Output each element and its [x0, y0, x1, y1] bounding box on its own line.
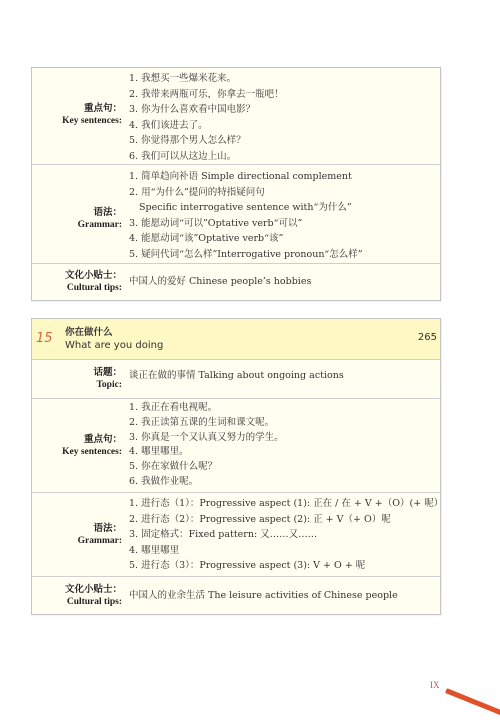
list-item: 2. 我正读第五课的生词和课文呢。	[129, 416, 434, 431]
lesson-header: 15 你在做什么 What are you doing 265	[32, 319, 440, 360]
list-item: 6. 我们可以从这边上山。	[129, 149, 434, 165]
list-item: Specific interrogative sentence with“为什么…	[129, 200, 434, 216]
list-item: 6. 我做作业呢。	[129, 475, 434, 490]
topic-section: 话题： Topic: 谈正在做的事情 Talking about ongoing…	[32, 359, 440, 399]
list-item: 3. 你为什么喜欢看中国电影？	[129, 102, 434, 118]
list-item: 3. 能愿动词“可以”Optative verb“可以”	[129, 216, 434, 232]
list-item: 5. 你觉得那个男人怎么样？	[129, 133, 434, 149]
grammar-section: 语法： Grammar: 1. 进行态（1）：Progressive aspec…	[32, 492, 440, 577]
list-item: 1. 我正在看电视呢。	[129, 401, 434, 416]
cultural-tips-label: 文化小贴士： Cultural tips:	[32, 583, 122, 609]
grammar-list: 1. 简单趋向补语 Simple directional complement …	[129, 169, 434, 262]
grammar-label: 语法： Grammar:	[32, 522, 122, 548]
key-sentences-label: 重点句： Key sentences:	[32, 102, 122, 128]
key-sentences-list: 1. 我想买一些爆米花来。 2. 我带来两瓶可乐，你拿去一瓶吧！ 3. 你为什么…	[129, 71, 434, 164]
list-item: 2. 用“为什么”提问的特指疑问句	[129, 185, 434, 201]
list-item: 4. 能愿动词“该”Optative verb“该”	[129, 231, 434, 247]
list-item: 2. 我带来两瓶可乐，你拿去一瓶吧！	[129, 87, 434, 103]
list-item: 1. 进行态（1）：Progressive aspect (1): 正在 / 在…	[129, 496, 434, 512]
lesson-14-summary-table: 重点句： Key sentences: 1. 我想买一些爆米花来。 2. 我带来…	[31, 67, 441, 301]
list-item: 5. 你在家做什么呢？	[129, 460, 434, 475]
cultural-tips-section: 文化小贴士： Cultural tips: 中国人的爱好 Chinese peo…	[32, 263, 440, 301]
key-sentences-list: 1. 我正在看电视呢。 2. 我正读第五课的生词和课文呢。 3. 你真是一个又认…	[129, 401, 434, 490]
list-item: 2. 进行态（2）：Progressive aspect (2): 正 + V（…	[129, 512, 434, 528]
list-item: 5. 进行态（3）：Progressive aspect (3): V + O …	[129, 558, 434, 574]
grammar-list: 1. 进行态（1）：Progressive aspect (1): 正在 / 在…	[129, 496, 434, 574]
list-item: 4. 哪里哪里。	[129, 445, 434, 460]
list-item: 5. 疑问代词“怎么样”Interrogative pronoun“怎么样”	[129, 247, 434, 263]
cultural-tips-text: 中国人的业余生活 The leisure activities of Chine…	[129, 588, 434, 604]
cultural-tips-label: 文化小贴士： Cultural tips:	[32, 269, 122, 295]
list-item: 4. 我们该进去了。	[129, 118, 434, 134]
key-sentences-label: 重点句： Key sentences:	[32, 433, 122, 459]
cultural-tips-section: 文化小贴士： Cultural tips: 中国人的业余生活 The leisu…	[32, 576, 440, 615]
list-item: 4. 哪里哪里	[129, 543, 434, 559]
cultural-tips-text: 中国人的爱好 Chinese people’s hobbies	[129, 274, 434, 290]
key-sentences-section: 重点句： Key sentences: 1. 我正在看电视呢。 2. 我正读第五…	[32, 398, 440, 493]
list-item: 3. 固定格式：Fixed pattern: 又……又……	[129, 527, 434, 543]
lesson-title-en: What are you doing	[65, 340, 163, 351]
lesson-15-summary-table: 15 你在做什么 What are you doing 265 话题： Topi…	[31, 318, 441, 615]
page-number: IX	[430, 680, 440, 690]
list-item: 1. 我想买一些爆米花来。	[129, 71, 434, 87]
lesson-page-number: 265	[418, 332, 437, 343]
list-item: 3. 你真是一个又认真又努力的学生。	[129, 431, 434, 446]
key-sentences-section: 重点句： Key sentences: 1. 我想买一些爆米花来。 2. 我带来…	[32, 68, 440, 164]
lesson-title-zh: 你在做什么	[65, 324, 113, 338]
decorative-stripe	[445, 688, 500, 719]
list-item: 1. 简单趋向补语 Simple directional complement	[129, 169, 434, 185]
grammar-label: 语法： Grammar:	[32, 206, 122, 232]
topic-text: 谈正在做的事情 Talking about ongoing actions	[129, 368, 434, 384]
topic-label: 话题： Topic:	[32, 366, 122, 392]
lesson-number: 15	[36, 331, 53, 346]
grammar-section: 语法： Grammar: 1. 简单趋向补语 Simple directiona…	[32, 164, 440, 264]
